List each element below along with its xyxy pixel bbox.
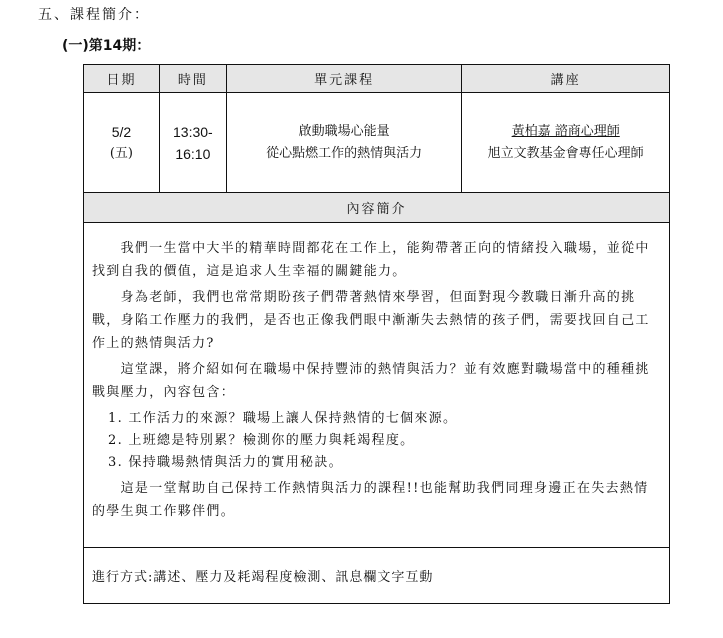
time-cell: 13:30- 16:10 <box>159 93 226 193</box>
weekday-value: (五) <box>84 143 159 165</box>
intro-content-cell: 我們一生當中大半的精華時間都花在工作上，能夠帶著正向的情緒投入職場，並從中找到自… <box>84 223 670 548</box>
closing-paragraph: 這是一堂幫助自己保持工作熱情與活力的課程!!也能幫助我們同理身邊正在失去熱情的學… <box>92 477 661 523</box>
topic-list: 1. 工作活力的來源？職場上讓人保持熱情的七個來源。 2. 上班總是特別累？檢測… <box>92 408 661 474</box>
lecturer-title: 旭立文教基金會專任心理師 <box>462 143 669 165</box>
method-text: 進行方式:講述、壓力及耗竭程度檢測、訊息欄文字互動 <box>84 548 670 604</box>
table-row: 5/2 (五) 13:30- 16:10 啟動職場心能量 從心點燃工作的熱情與活… <box>84 93 670 193</box>
section-title: 五、課程簡介： <box>38 4 150 24</box>
date-value: 5/2 <box>84 121 159 143</box>
list-item: 1. 工作活力的來源？職場上讓人保持熱情的七個來源。 <box>92 408 661 430</box>
course-cell: 啟動職場心能量 從心點燃工作的熱情與活力 <box>226 93 462 193</box>
intro-paragraph: 這堂課，將介紹如何在職場中保持豐沛的熱情與活力？並有效應對職場當中的種種挑戰與壓… <box>92 358 661 404</box>
intro-content-row: 我們一生當中大半的精華時間都花在工作上，能夠帶著正向的情緒投入職場，並從中找到自… <box>84 223 670 548</box>
header-time: 時間 <box>159 65 226 93</box>
course-table: 日期 時間 單元課程 講座 5/2 (五) 13:30- 16:10 啟動職場心… <box>83 64 670 604</box>
header-course: 單元課程 <box>226 65 462 93</box>
list-item: 2. 上班總是特別累？檢測你的壓力與耗竭程度。 <box>92 430 661 452</box>
table-header-row: 日期 時間 單元課程 講座 <box>84 65 670 93</box>
date-cell: 5/2 (五) <box>84 93 160 193</box>
intro-header-row: 內容簡介 <box>84 193 670 223</box>
lecturer-cell: 黃柏嘉 諮商心理師 旭立文教基金會專任心理師 <box>462 93 670 193</box>
time-start: 13:30- <box>160 121 226 143</box>
intro-header: 內容簡介 <box>84 193 670 223</box>
lecturer-name: 黃柏嘉 諮商心理師 <box>462 121 669 143</box>
intro-paragraph: 我們一生當中大半的精華時間都花在工作上，能夠帶著正向的情緒投入職場，並從中找到自… <box>92 237 661 283</box>
course-subtitle: 從心點燃工作的熱情與活力 <box>227 143 462 165</box>
course-title: 啟動職場心能量 <box>227 121 462 143</box>
time-end: 16:10 <box>160 143 226 165</box>
header-date: 日期 <box>84 65 160 93</box>
header-lecturer: 講座 <box>462 65 670 93</box>
sub-title: (一)第14期： <box>62 35 150 55</box>
intro-paragraph: 身為老師，我們也常常期盼孩子們帶著熱情來學習，但面對現今教職日漸升高的挑戰，身陷… <box>92 286 661 355</box>
list-item: 3. 保持職場熱情與活力的實用秘訣。 <box>92 452 661 474</box>
method-row: 進行方式:講述、壓力及耗竭程度檢測、訊息欄文字互動 <box>84 548 670 604</box>
